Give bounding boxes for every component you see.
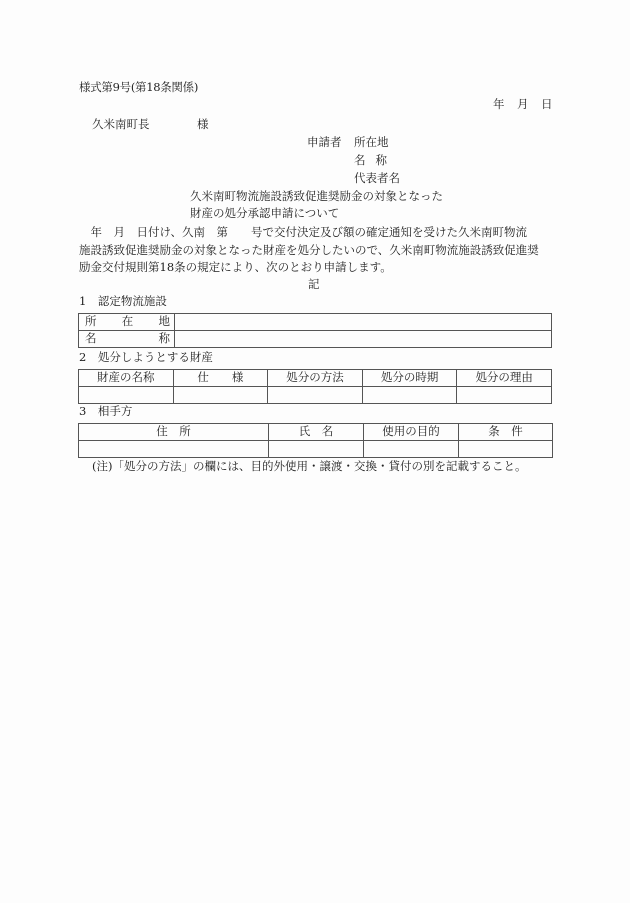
date-day-label: 日	[541, 99, 553, 111]
subject-line-2: 財産の処分承認申請について	[190, 208, 339, 220]
disposal-date-cell[interactable]	[362, 387, 457, 404]
addressee: 久米南町長	[92, 119, 150, 131]
body-line: 年 月 日付け、久南 第 号で交付決定及び額の確定通知を受けた久米南町物流	[79, 224, 553, 242]
facility-name-label: 名称	[79, 331, 175, 348]
conditions-cell[interactable]	[459, 441, 553, 458]
facility-address-label: 所在地	[79, 314, 175, 331]
property-table: 財産の名称 仕 様 処分の方法 処分の時期 処分の理由	[78, 369, 552, 404]
property-name-cell[interactable]	[79, 387, 174, 404]
table-header-row: 住 所 氏 名 使用の目的 条 件	[79, 424, 553, 441]
honorific: 様	[197, 119, 209, 131]
col-header-specification: 仕 様	[173, 370, 268, 387]
col-header-property-name: 財産の名称	[79, 370, 174, 387]
date-month-label: 月	[517, 99, 529, 111]
form-number: 様式第9号(第18条関係)	[79, 82, 198, 94]
purpose-cell[interactable]	[364, 441, 459, 458]
col-header-disposal-date: 処分の時期	[362, 370, 457, 387]
counterparty-name-cell[interactable]	[269, 441, 364, 458]
applicant-representative-label: 代表者名	[354, 173, 400, 185]
disposal-method-cell[interactable]	[268, 387, 363, 404]
applicant-name-label: 名称	[354, 155, 397, 167]
body-paragraph: 年 月 日付け、久南 第 号で交付決定及び額の確定通知を受けた久米南町物流 施設…	[79, 224, 553, 277]
table-row	[79, 441, 553, 458]
footnote: (注)「処分の方法」の欄には、目的外使用・譲渡・交換・貸付の別を記載すること。	[92, 461, 526, 473]
section-title-property: 2 処分しようとする財産	[79, 352, 213, 364]
facility-address-cell[interactable]	[175, 314, 552, 331]
table-row	[79, 387, 552, 404]
subject-line-1: 久米南町物流施設誘致促進奨励金の対象となった	[190, 191, 443, 203]
applicant-address-label: 所在地	[354, 137, 389, 149]
facility-table: 所在地 名称	[78, 313, 552, 348]
col-header-address: 住 所	[79, 424, 269, 441]
ki-heading: 記	[308, 279, 320, 291]
specification-cell[interactable]	[173, 387, 268, 404]
counterparty-address-cell[interactable]	[79, 441, 269, 458]
col-header-disposal-method: 処分の方法	[268, 370, 363, 387]
col-header-purpose: 使用の目的	[364, 424, 459, 441]
disposal-reason-cell[interactable]	[457, 387, 552, 404]
section-title-counterparty: 3 相手方	[79, 406, 132, 418]
table-row: 名称	[79, 331, 552, 348]
facility-name-cell[interactable]	[175, 331, 552, 348]
table-row: 所在地	[79, 314, 552, 331]
applicant-label: 申請者	[307, 137, 342, 149]
body-line: 施設誘致促進奨励金の対象となった財産を処分したいので、久米南町物流施設誘致促進奨	[79, 242, 553, 260]
counterparty-table: 住 所 氏 名 使用の目的 条 件	[78, 423, 553, 458]
col-header-disposal-reason: 処分の理由	[457, 370, 552, 387]
date-year-label: 年	[493, 99, 505, 111]
col-header-name: 氏 名	[269, 424, 364, 441]
table-header-row: 財産の名称 仕 様 処分の方法 処分の時期 処分の理由	[79, 370, 552, 387]
body-line: 励金交付規則第18条の規定により、次のとおり申請します。	[79, 259, 553, 277]
col-header-conditions: 条 件	[459, 424, 553, 441]
section-title-facility: 1 認定物流施設	[79, 296, 167, 308]
